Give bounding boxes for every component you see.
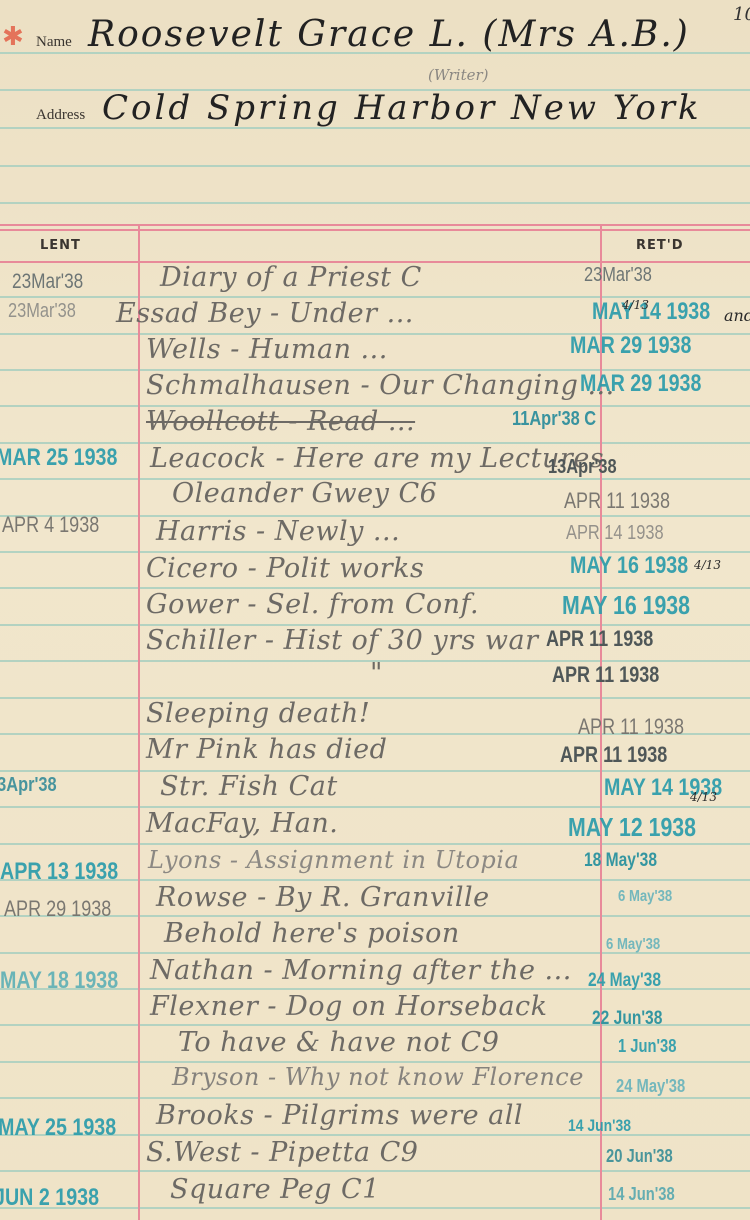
book-title: Oleander Gwey C6 <box>172 478 437 509</box>
returned-date: 20 Jun'38 <box>606 1146 673 1167</box>
red-rule <box>0 229 750 231</box>
book-title: Nathan - Morning after the ... <box>150 955 572 986</box>
book-title: MacFay, Han. <box>146 808 338 839</box>
ruled-line <box>0 770 750 772</box>
lent-date: APR 4 1938 <box>2 512 99 538</box>
ruled-line <box>0 843 750 845</box>
book-title: Rowse - By R. Granville <box>156 882 490 913</box>
returned-date: 24 May'38 <box>588 970 661 992</box>
book-title: Lyons - Assignment in Utopia <box>148 846 519 874</box>
ruled-line <box>0 806 750 808</box>
returned-date: MAR 29 1938 <box>580 370 701 398</box>
returned-date: MAY 16 1938 <box>562 590 690 621</box>
book-title: Harris - Newly ... <box>156 516 400 547</box>
book-title: " <box>370 658 383 689</box>
returned-date: MAY 16 1938 <box>570 552 688 580</box>
lent-date: 13Apr'38 <box>0 774 57 797</box>
book-title: Flexner - Dog on Horseback <box>150 991 548 1022</box>
book-title: Diary of a Priest C <box>160 262 422 293</box>
book-title: Bryson - Why not know Florence <box>172 1063 584 1091</box>
lent-date: MAR 25 1938 <box>0 444 117 472</box>
asterisk-mark: ✱ <box>2 22 24 52</box>
lent-date: MAY 25 1938 <box>0 1114 116 1142</box>
library-card: ✱ 10 Name Roosevelt Grace L. (Mrs A.B.) … <box>0 0 750 1220</box>
returned-date: 23Mar'38 <box>584 264 652 287</box>
handwritten-note: 4/13 <box>690 790 717 804</box>
returned-date: MAY 12 1938 <box>568 812 696 843</box>
book-title: Str. Fish Cat <box>160 771 338 802</box>
borrower-address: Cold Spring Harbor New York <box>102 88 702 128</box>
lent-date: APR 29 1938 <box>4 896 111 922</box>
book-title: Cicero - Polit works <box>146 553 424 584</box>
ruled-line <box>0 1207 750 1209</box>
name-label: Name <box>36 34 72 51</box>
book-title: Schiller - Hist of 30 yrs war <box>146 625 539 656</box>
returned-date: 1 Jun'38 <box>618 1036 676 1057</box>
handwritten-note: and <box>724 306 750 325</box>
returned-date: 24 May'38 <box>616 1076 685 1097</box>
lent-column-header: LENT <box>40 238 81 253</box>
returned-date: APR 11 1938 <box>564 488 670 514</box>
ruled-line <box>0 697 750 699</box>
lent-date: MAY 18 1938 <box>0 967 118 995</box>
red-rule <box>0 224 750 226</box>
book-title: Schmalhausen - Our Changing ... <box>146 370 615 401</box>
book-title: Brooks - Pilgrims were all <box>156 1100 523 1131</box>
book-title: Gower - Sel. from Conf. <box>146 589 479 620</box>
lent-date: APR 13 1938 <box>0 858 118 886</box>
handwritten-note: 4/13 <box>622 298 649 312</box>
ruled-line <box>0 165 750 167</box>
card-number: 10 <box>733 4 750 25</box>
returned-date: 13Apr'38 <box>548 456 617 479</box>
borrower-name: Roosevelt Grace L. (Mrs A.B.) <box>88 14 690 55</box>
lent-date: JUN 2 1938 <box>0 1184 99 1212</box>
returned-date: APR 14 1938 <box>566 522 664 545</box>
returned-date: 14 Jun'38 <box>608 1184 675 1205</box>
book-title: Woollcott - Read ... <box>146 406 415 437</box>
book-title: Behold here's poison <box>164 918 460 949</box>
returned-date: 6 May'38 <box>606 936 660 954</box>
returned-column-header: RET'D <box>636 238 684 253</box>
handwritten-note: 4/13 <box>694 558 721 572</box>
book-title: Leacock - Here are my Lectures <box>150 443 604 474</box>
ruled-line <box>0 915 750 917</box>
ruled-line <box>0 1170 750 1172</box>
returned-date: APR 11 1938 <box>546 626 653 652</box>
book-title: Wells - Human ... <box>146 334 388 365</box>
address-label: Address <box>36 107 85 124</box>
returned-date: 14 Jun'38 <box>568 1116 631 1136</box>
ruled-line <box>0 202 750 204</box>
occupation-annotation: (Writer) <box>428 66 489 84</box>
returned-date: MAR 29 1938 <box>570 332 691 360</box>
returned-date: 18 May'38 <box>584 850 657 872</box>
returned-date: APR 11 1938 <box>552 662 659 688</box>
book-title: Square Peg C1 <box>170 1174 380 1205</box>
book-title: Sleeping death! <box>146 698 370 729</box>
ruled-line <box>0 1097 750 1099</box>
book-title: Essad Bey - Under ... <box>116 298 414 329</box>
lent-date: 23Mar'38 <box>12 270 83 294</box>
returned-date: APR 11 1938 <box>578 714 684 740</box>
lent-date: 23Mar'38 <box>8 300 76 323</box>
returned-date: 11Apr'38 C <box>512 408 596 431</box>
returned-date: 22 Jun'38 <box>592 1008 662 1030</box>
book-title: S.West - Pipetta C9 <box>146 1137 418 1168</box>
book-title: Mr Pink has died <box>146 734 387 765</box>
returned-date: MAY 14 1938 <box>592 298 710 326</box>
returned-date: APR 11 1938 <box>560 742 667 768</box>
lent-column-divider <box>138 226 140 1220</box>
returned-date: 6 May'38 <box>618 888 672 906</box>
book-title: To have & have not C9 <box>178 1027 499 1058</box>
